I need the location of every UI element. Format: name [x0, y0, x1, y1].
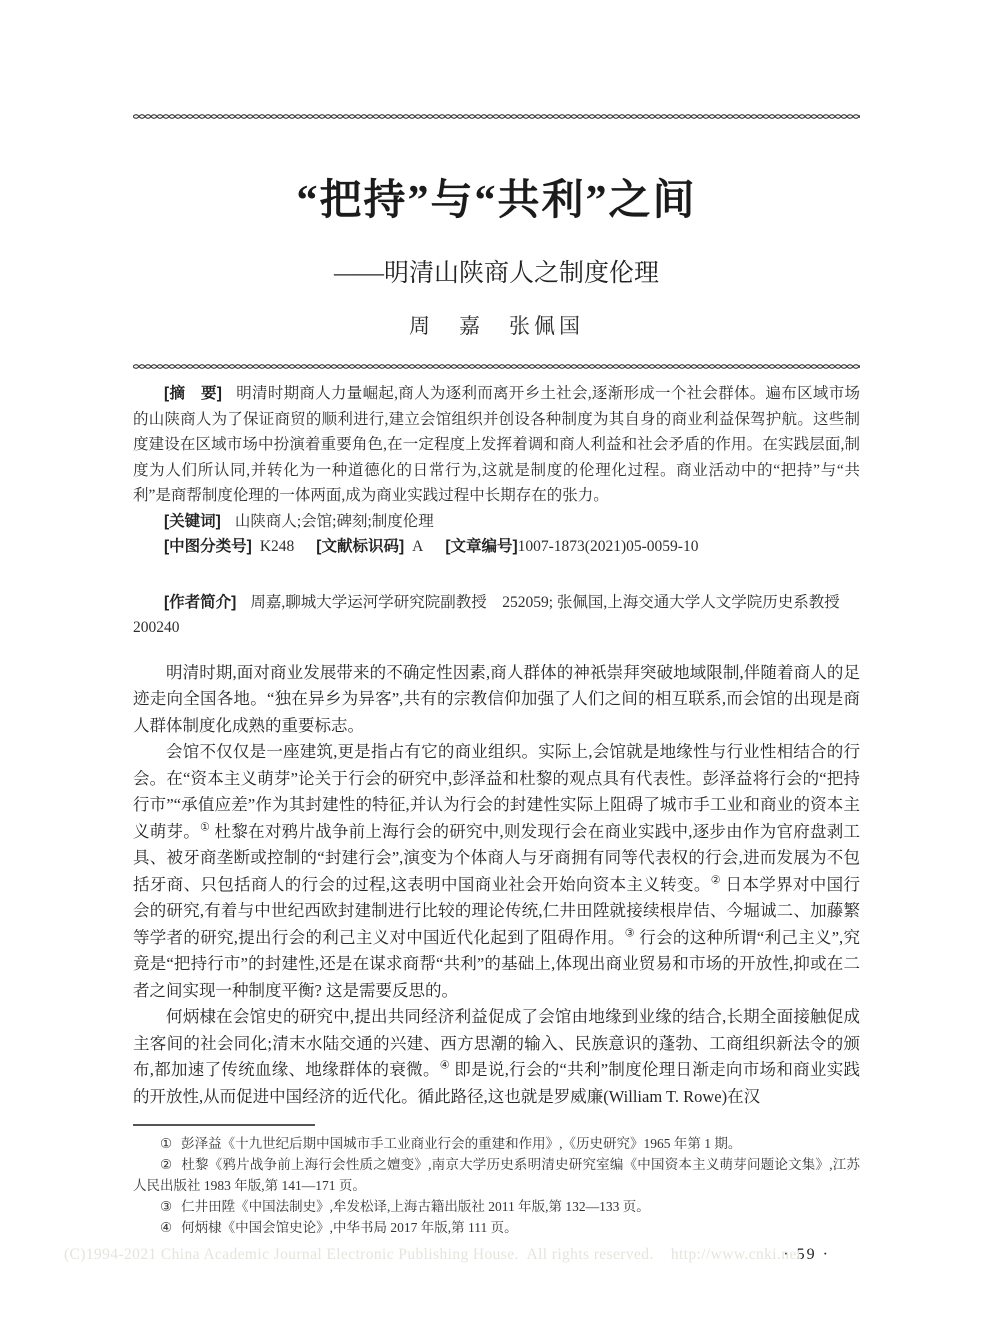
footnote-ref-marker: ④ [440, 1060, 450, 1072]
article-body: 明清时期,面对商业发展带来的不确定性因素,商人群体的神祇崇拜突破地域限制,伴随着… [133, 660, 860, 1111]
footnote-item: ④何炳棣《中国会馆史论》,中华书局 2017 年版,第 111 页。 [133, 1217, 860, 1238]
footnote-item: ①彭泽益《十九世纪后期中国城市手工业商业行会的重建和作用》,《历史研究》1965… [133, 1133, 860, 1154]
wavy-divider-bottom [133, 362, 860, 371]
author-bio-text: 周嘉,聊城大学运河学研究院副教授 252059; 张佩国,上海交通大学人文学院历… [133, 594, 855, 636]
classification-line: [中图分类号]K248[文献标识码]A[文章编号]1007-1873(2021)… [133, 534, 860, 560]
author-bio-label: [作者简介] [164, 594, 236, 611]
body-paragraph: 何炳棣在会馆史的研究中,提出共同经济利益促成了会馆由地缘到业缘的结合,长期全面接… [133, 1004, 860, 1110]
article-subtitle: ——明清山陕商人之制度伦理 [133, 258, 860, 291]
keywords-text: 山陕商人;会馆;碑刻;制度伦理 [235, 513, 434, 530]
doc-code-label: [文献标识码] [316, 538, 404, 555]
body-paragraph: 会馆不仅仅是一座建筑,更是指占有它的商业组织。实际上,会馆就是地缘性与行业性相结… [133, 739, 860, 1004]
article-id-label: [文章编号] [445, 538, 517, 555]
article-authors: 周 嘉 张佩国 [133, 310, 860, 340]
abstract-text: 明清时期商人力量崛起,商人为逐利而离开乡土社会,逐渐形成一个社会群体。遍布区域市… [133, 385, 860, 504]
footnote-ref-marker: ③ [625, 927, 635, 939]
abstract-label: [摘 要] [164, 385, 222, 402]
footnote-number: ④ [160, 1220, 172, 1235]
meta-block: [摘 要]明清时期商人力量崛起,商人为逐利而离开乡土社会,逐渐形成一个社会群体。… [133, 381, 860, 560]
article-id-value: 1007-1873(2021)05-0059-10 [518, 538, 699, 555]
article-title: “把持”与“共利”之间 [133, 175, 860, 228]
footnote-ref-marker: ① [200, 821, 210, 833]
body-paragraph: 明清时期,面对商业发展带来的不确定性因素,商人群体的神祇崇拜突破地域限制,伴随着… [133, 660, 860, 740]
footnotes-list: ①彭泽益《十九世纪后期中国城市手工业商业行会的重建和作用》,《历史研究》1965… [133, 1133, 860, 1238]
abstract-paragraph: [摘 要]明清时期商人力量崛起,商人为逐利而离开乡土社会,逐渐形成一个社会群体。… [133, 381, 860, 509]
footnote-item: ③仁井田陞《中国法制史》,牟发松译,上海古籍出版社 2011 年版,第 132—… [133, 1196, 860, 1217]
footnote-number: ③ [160, 1199, 172, 1214]
page-content: “把持”与“共利”之间 ——明清山陕商人之制度伦理 周 嘉 张佩国 [摘 要]明… [133, 0, 860, 1264]
copyright-watermark: (C)1994-2021 China Academic Journal Elec… [64, 1246, 801, 1264]
keywords-line: [关键词]山陕商人;会馆;碑刻;制度伦理 [133, 509, 860, 535]
footnote-divider [133, 1124, 315, 1126]
footnote-ref-marker: ② [711, 874, 721, 886]
journal-page: “把持”与“共利”之间 ——明清山陕商人之制度伦理 周 嘉 张佩国 [摘 要]明… [0, 0, 981, 1332]
footnote-number: ② [160, 1157, 172, 1172]
author-bio-line: [作者简介]周嘉,聊城大学运河学研究院副教授 252059; 张佩国,上海交通大… [133, 590, 860, 640]
keywords-label: [关键词] [164, 513, 221, 530]
clc-label: [中图分类号] [164, 538, 252, 555]
footnote-item: ②杜黎《鸦片战争前上海行会性质之嬗变》,南京大学历史系明清史研究室编《中国资本主… [133, 1154, 860, 1196]
wavy-divider-top [133, 112, 860, 121]
footnote-number: ① [160, 1136, 172, 1151]
doc-code-value: A [412, 538, 423, 555]
clc-value: K248 [260, 538, 294, 555]
